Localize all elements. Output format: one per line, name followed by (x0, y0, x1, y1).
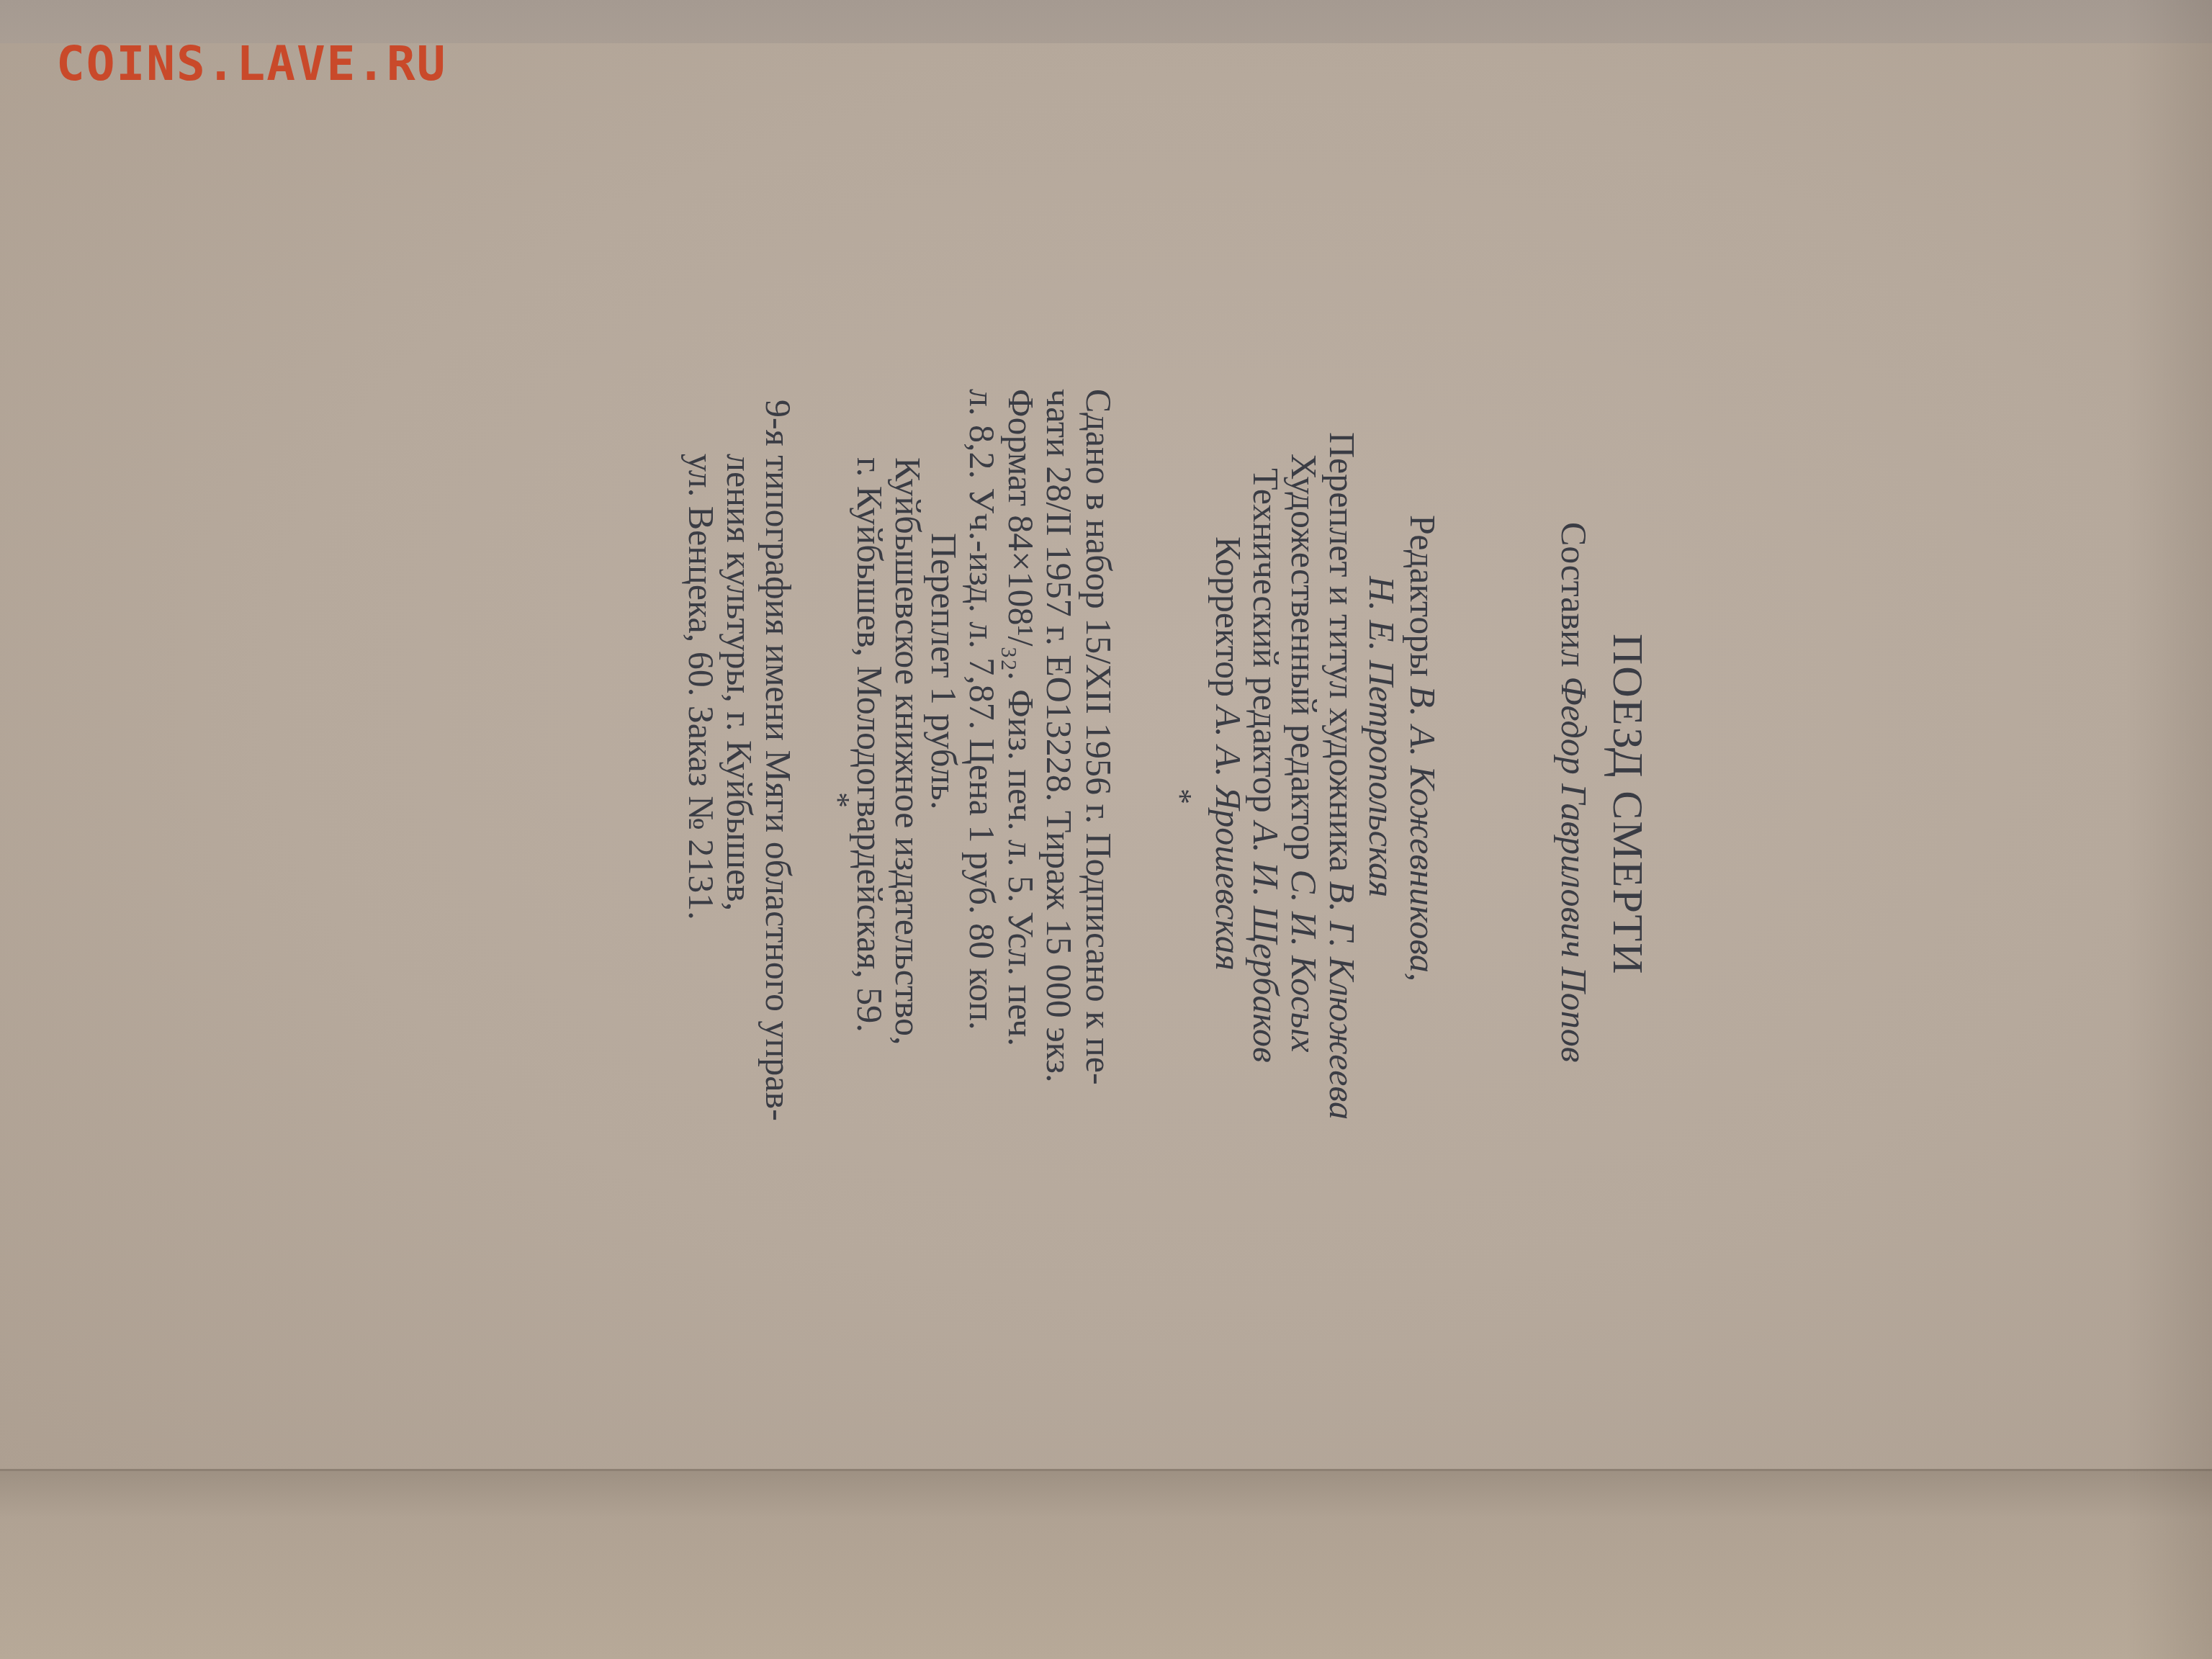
print-line-1: Сдано в набор 15/XII 1956 г. Подписано к… (1078, 389, 1120, 1085)
print-line-3: Формат 84×108¹/₃₂. Физ. печ. л. 5. Усл. … (1000, 389, 1042, 1046)
separator-star-2: * (820, 792, 857, 808)
facing-page-edge (0, 1469, 2212, 1659)
proofreader-label: Корректор (1208, 536, 1249, 697)
printer-line-3: ул. Венцека, 60. Заказ № 2131. (680, 454, 722, 920)
editor-2: Н. Е. Петропольская (1361, 576, 1403, 897)
watermark: COINS.LAVE.RU (56, 36, 447, 91)
publisher-line-2: г. Куйбышев, Молодогвардейская, 59. (849, 457, 891, 1033)
editors-line: Редакторы В. А. Кожевникова, (1402, 515, 1444, 981)
art-editor-label: Художественный редактор (1284, 454, 1324, 860)
tech-editor-label: Технический редактор (1246, 468, 1286, 813)
proofreader-line: Корректор А. А. Ярошевская (1208, 536, 1249, 971)
publisher-line-1: Куйбышевское книжное издательство, (887, 457, 929, 1046)
editors-label: Редакторы (1403, 515, 1443, 677)
printer-line-1: 9-я типография имени Мяги областного упр… (757, 400, 799, 1121)
tech-editor-line: Технический редактор А. И. Щербаков (1245, 468, 1287, 1063)
compiler-name: Федор Гаврилович Попов (1554, 676, 1594, 1062)
binding-price: Переплет 1 рубль. (923, 533, 965, 809)
tech-editor-name: А. И. Щербаков (1246, 822, 1286, 1062)
binding-artist-name: В. Г. Клюжеева (1322, 881, 1362, 1120)
editor-1: В. А. Кожевникова, (1403, 685, 1443, 981)
print-line-2: чати 28/II 1957 г. ЕО13228. Тираж 15 000… (1038, 389, 1080, 1083)
binding-artist-label: Переплет и титул художника (1322, 432, 1362, 872)
binding-artist-line: Переплет и титул художника В. Г. Клюжеев… (1321, 432, 1363, 1120)
art-editor-name: С. И. Косых (1284, 870, 1324, 1053)
book-title: ПОЕЗД СМЕРТИ (1603, 634, 1653, 975)
print-line-4: л. 8,2. Уч.-изд. л. 7,87. Цена 1 руб. 80… (961, 389, 1003, 1030)
compiler-label: Составил (1554, 522, 1594, 667)
proofreader-name: А. А. Ярошевская (1208, 706, 1249, 971)
page-shadow (2126, 0, 2212, 1659)
art-editor-line: Художественный редактор С. И. Косых (1283, 454, 1325, 1053)
separator-star: * (1162, 788, 1199, 804)
printer-line-2: ления культуры, г. Куйбышев, (719, 454, 760, 911)
compiler-line: Составил Федор Гаврилович Попов (1553, 522, 1595, 1062)
